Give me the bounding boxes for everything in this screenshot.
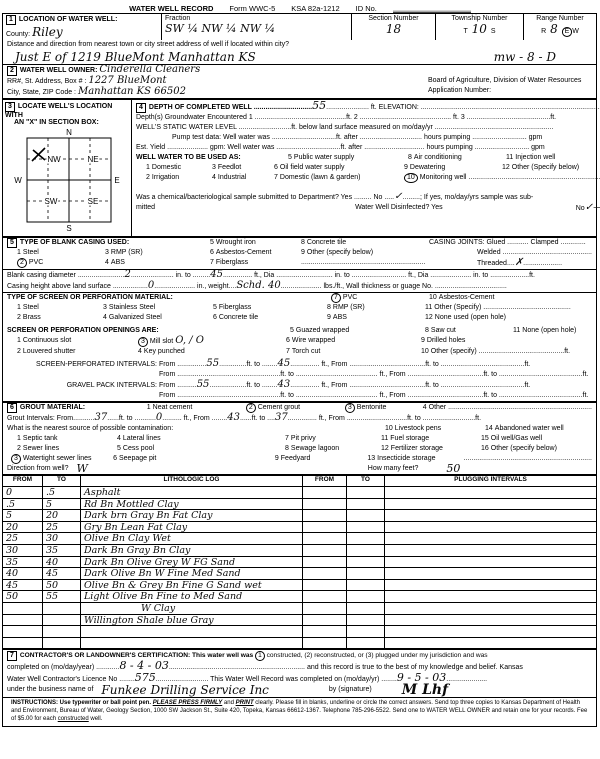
section-box-diagram: N S W E NW NE SW SE <box>5 126 129 232</box>
plug-from <box>303 615 347 626</box>
option-number: 3 <box>103 304 107 311</box>
option-label: Torch cut <box>292 348 320 355</box>
option-label: Drilled holes <box>427 337 466 344</box>
owner-label: WATER WELL OWNER: <box>20 67 98 74</box>
table-row: 4045Dark Olive Bn W Fine Med Sand <box>3 568 596 580</box>
option-number: 7 <box>274 174 278 181</box>
log-to: 20 <box>43 510 81 521</box>
range-label: Range Number <box>527 15 593 22</box>
option-label: Asbestos-Cement <box>216 249 272 256</box>
section-5-number: 5 <box>7 238 17 248</box>
option-number: 14 <box>485 425 493 432</box>
option-label: Pit privy <box>291 435 316 442</box>
log-header-row: FROM TO LITHOLOGIC LOG FROM TO PLUGGING … <box>3 476 596 487</box>
section-5-casing: 5TYPE OF BLANK CASING USED: 1Steel 3RMP … <box>3 236 596 269</box>
plug-interval <box>385 545 596 556</box>
field-label: ............... ft., From ..............… <box>290 382 530 389</box>
section-3-title-1: LOCATE WELL'S LOCATION WITH <box>5 103 112 119</box>
lithologic-log-table: FROM TO LITHOLOGIC LOG FROM TO PLUGGING … <box>3 474 596 649</box>
section-number-cell: Section Number 18 <box>351 14 435 40</box>
static-level-line: WELL'S STATIC WATER LEVEL ..............… <box>132 123 600 133</box>
option-label: Industrial <box>218 174 246 181</box>
groundwater-line: Depth(s) Groundwater Encountered 1 .....… <box>132 113 600 123</box>
log-from <box>3 615 43 626</box>
option: 4ABS <box>105 258 125 268</box>
option-number: 5 <box>117 445 121 452</box>
option-label: Irrigation <box>152 174 179 181</box>
plug-from <box>303 580 347 591</box>
plug-interval <box>385 487 596 498</box>
option: 1Steel <box>17 303 103 313</box>
water-well-record-page: WATER WELL RECORD Form WWC-5 KSA 82a-121… <box>0 0 600 759</box>
option-number: 4 <box>103 314 107 321</box>
range-value: 8 <box>550 22 558 36</box>
option-number: 6 <box>210 249 214 256</box>
option-number: 11 <box>513 327 520 334</box>
option-label: RMP (SR) <box>333 304 365 311</box>
casing-weight-value: Schd. 40 <box>236 280 280 291</box>
option-number: 9 <box>327 314 331 321</box>
option-number: 1 <box>146 164 150 171</box>
range-cell: Range Number R 8 EW <box>523 14 596 40</box>
threaded-label: Threaded.... <box>477 260 515 267</box>
plug-to <box>347 545 385 556</box>
log-to: .5 <box>43 487 81 498</box>
grout-material-row: 6GROUT MATERIAL: 1Neat cement 2Cement gr… <box>3 403 596 413</box>
field-label: ..................... in., weight.... <box>154 283 236 290</box>
option-label: Livestock pens <box>395 425 441 432</box>
log-to: 45 <box>43 568 81 579</box>
option: 11Other (Specify) ......................… <box>425 303 571 313</box>
option-number: 9 <box>275 455 279 462</box>
sample-line-2: mitted Water Well Disinfected? Yes No✓— <box>132 203 600 214</box>
disinfected-no-label: No <box>576 205 585 212</box>
certification-line-4: under the business name of Funkee Drilli… <box>3 685 596 697</box>
option-label: Abandoned water well <box>495 425 564 432</box>
instructions-text: INSTRUCTIONS: Use typewriter or ball poi… <box>11 700 153 706</box>
field-label: ............... ft., Dia ...............… <box>223 272 535 279</box>
screen-material-row-3: 2Brass 4Galvanized Steel 6Concrete tile … <box>3 313 596 323</box>
certification-text-b: constructed, (2) reconstructed, or (3) p… <box>265 652 488 659</box>
form-frame: 1LOCATION OF WATER WELL: County: Riley F… <box>2 13 597 727</box>
option-label: Domestic <box>152 164 181 171</box>
option: 10Asbestos-Cement <box>429 293 494 303</box>
option: 6Concrete tile <box>213 313 327 323</box>
log-to: 50 <box>43 580 81 591</box>
log-description: Dark Bn Gray Bn Clay <box>81 545 303 556</box>
log-description: Olive Bn Clay Wet <box>81 533 303 544</box>
range-line: R 8 EW <box>527 22 593 37</box>
section-5-title: TYPE OF BLANK CASING USED: <box>20 239 129 246</box>
option: 9Other (specify below) <box>297 248 425 258</box>
option-cement-grout-selected: 2Cement grout <box>246 403 345 413</box>
grout-intervals-line: Grout Intervals: From...........37......… <box>3 413 596 424</box>
instructions-press-firmly: PLEASE PRESS FIRMLY <box>153 700 223 706</box>
option-label: PVC <box>29 259 43 266</box>
disinfected-question: Water Well Disinfected? Yes <box>355 203 443 214</box>
option-label: Watertight sewer lines <box>23 455 92 462</box>
table-row: 3540Dark Bn Olive Grey W FG Sand <box>3 557 596 569</box>
option-number: 7 <box>286 348 290 355</box>
signature-scribble: M Lhf <box>402 685 448 695</box>
gravel-interval-line-2: From ...................................… <box>3 391 596 401</box>
plug-to <box>347 603 385 614</box>
option-number: 5 <box>290 327 294 334</box>
log-to: 35 <box>43 545 81 556</box>
plug-from <box>303 626 347 637</box>
dotted-blank: ........................................… <box>468 174 600 181</box>
plug-interval <box>385 615 596 626</box>
section-1-title: LOCATION OF WATER WELL: <box>19 16 118 23</box>
option-label: Fiberglass <box>216 259 248 266</box>
quadrant-ne-label: NE <box>87 155 98 164</box>
contamination-row-4: 3Watertight sewer lines 6Seepage pit 9Fe… <box>3 454 596 464</box>
township-value: 10 <box>472 22 487 36</box>
gravel-intervals-label: GRAVEL PACK INTERVALS: <box>7 381 157 391</box>
table-row: 2025Gry Bn Lean Fat Clay <box>3 522 596 534</box>
field-label: ..................... <box>446 676 487 683</box>
owner-left: 2WATER WELL OWNER: Cinderella Cleaners R… <box>3 65 424 98</box>
log-to: 30 <box>43 533 81 544</box>
certification-line-3: Water Well Contractor's Licence No .....… <box>3 673 596 685</box>
option-label: Concrete tile <box>219 314 258 321</box>
plug-from <box>303 533 347 544</box>
option-number: 12 <box>381 445 389 452</box>
city-label: City, State, ZIP Code : <box>7 89 76 96</box>
option-label: Fertilizer storage <box>391 445 443 452</box>
log-header-from-2: FROM <box>303 476 347 486</box>
field-label: From ...................................… <box>159 392 588 399</box>
plug-from <box>303 568 347 579</box>
field-label: Blank casing diameter ..................… <box>7 272 125 279</box>
owner-line: 2WATER WELL OWNER: Cinderella Cleaners <box>3 65 424 76</box>
option: 4Key punched <box>138 347 286 357</box>
compass-s-label: S <box>66 224 71 232</box>
option-label: Galvanized Steel <box>109 314 162 321</box>
option: 9Dewatering <box>404 163 502 173</box>
certification-text-a: CONTRACTOR'S OR LANDOWNER'S CERTIFICATIO… <box>20 652 255 659</box>
instructions-constructed: constructed <box>58 716 89 722</box>
casing-col-2: 5Wrought iron 6Asbestos-Cement 7Fibergla… <box>206 238 297 269</box>
option: 2Louvered shutter <box>17 347 138 357</box>
option: 4Lateral lines <box>117 434 285 444</box>
option-number: 9 <box>404 164 408 171</box>
plug-to <box>347 591 385 602</box>
section-1-number: 1 <box>6 15 16 25</box>
option: 6Oil field water supply <box>274 163 404 173</box>
option-number: 8 <box>301 239 305 246</box>
quadrant-sw-label: SW <box>45 197 58 206</box>
plug-to <box>347 626 385 637</box>
section-number-value: 18 <box>355 22 432 36</box>
option: 5Fiberglass <box>213 303 327 313</box>
option-label: Sewer lines <box>23 445 59 452</box>
log-description: W Clay <box>81 603 303 614</box>
option-label: Mill slot <box>150 338 173 345</box>
option: 2Sewer lines <box>17 444 117 454</box>
option-number: 16 <box>481 445 489 452</box>
address-label: RR#, St. Address, Box # : <box>7 78 86 85</box>
option: 15Oil well/Gas well <box>481 434 542 444</box>
log-description: Dark Olive Bn W Fine Med Sand <box>81 568 303 579</box>
option-number: 9 <box>301 249 305 256</box>
log-from: 5 <box>3 510 43 521</box>
option-label: Other (Specify) ........................… <box>434 304 571 311</box>
option: 6Seepage pit <box>113 454 275 464</box>
screen-intervals-label: SCREEN-PERFORATED INTERVALS: <box>7 360 157 370</box>
plug-from <box>303 557 347 568</box>
log-from: 45 <box>3 580 43 591</box>
option: 6Asbestos-Cement <box>206 248 297 258</box>
log-from: .5 <box>3 499 43 510</box>
option-number: 4 <box>105 259 109 266</box>
option-number: 2 <box>146 174 150 181</box>
log-header-from: FROM <box>3 476 43 486</box>
instructions-text: and <box>222 700 235 706</box>
option-label: Insecticide storage <box>377 455 435 462</box>
gravel-interval-line-1: GRAVEL PACK INTERVALS: From ..........55… <box>3 380 596 391</box>
option-label: Seepage pit <box>119 455 156 462</box>
county-value: Riley <box>32 25 63 39</box>
option-number-circled: 3 <box>345 403 355 413</box>
option-number: 10 <box>421 348 429 355</box>
option-number: 2 <box>17 445 21 452</box>
option: 10Other (specify) ......................… <box>421 347 570 357</box>
table-row <box>3 638 596 650</box>
option-label: Guazed wrapped <box>296 327 349 334</box>
plug-interval <box>385 591 596 602</box>
option-number: 10 <box>385 425 393 432</box>
log-description: Dark brn Gray Bn Fat Clay <box>81 510 303 521</box>
option-number: 4 <box>117 435 121 442</box>
casing-height-line: Casing height above land surface .......… <box>3 281 596 292</box>
option: 3RMP (SR) <box>105 248 143 258</box>
openings-row-1: SCREEN OR PERFORATION OPENINGS ARE: 5Gua… <box>3 326 596 336</box>
yield-line: Est. Yield ..................... gpm: We… <box>132 143 600 153</box>
section-3-4-row: 3LOCATE WELL'S LOCATION WITH AN "X" IN S… <box>3 98 596 236</box>
option: 9Drilled holes <box>421 336 465 347</box>
screen-material-title: TYPE OF SCREEN OR PERFORATION MATERIAL: <box>7 293 331 303</box>
option-label: Air conditioning <box>414 154 462 161</box>
use-row-3: 2Irrigation 4Industrial 7Domestic (lawn … <box>132 173 600 183</box>
plug-interval <box>385 580 596 591</box>
plug-to <box>347 580 385 591</box>
field-label: Casing height above land surface .......… <box>7 283 148 290</box>
form-title: WATER WELL RECORD <box>129 4 213 13</box>
township-s: S <box>491 28 496 35</box>
section-5-title-line: 5TYPE OF BLANK CASING USED: <box>3 238 206 248</box>
option-number: 10 <box>429 294 437 301</box>
certification-line-1: 7CONTRACTOR'S OR LANDOWNER'S CERTIFICATI… <box>3 651 596 661</box>
table-row: Willington Shale blue Gray <box>3 615 596 627</box>
address-value: 1227 BlueMont <box>88 75 166 86</box>
screen-interval-from: 55 <box>206 358 219 369</box>
contamination-row-3: 2Sewer lines 5Cess pool 8Sewage lagoon 1… <box>3 444 596 454</box>
section-2-owner: 2WATER WELL OWNER: Cinderella Cleaners R… <box>3 64 596 98</box>
option-number: 6 <box>274 164 278 171</box>
log-from <box>3 603 43 614</box>
option-monitoring-well-selected: 10Monitoring well ......................… <box>404 173 600 183</box>
log-header-plugging: PLUGGING INTERVALS <box>385 476 596 486</box>
option-number: 9 <box>421 337 425 344</box>
openings-row-3: 2Louvered shutter 4Key punched 7Torch cu… <box>3 347 596 357</box>
option-number: 15 <box>481 435 489 442</box>
section-6-title-line: 6GROUT MATERIAL: <box>7 403 147 413</box>
range-east-circled: E <box>562 27 573 37</box>
option-number: 1 <box>17 249 21 256</box>
quadrant-nw-label: NW <box>47 155 61 164</box>
option-bentonite-selected: 3Bentonite <box>345 403 423 413</box>
option: 9ABS <box>327 313 425 323</box>
compass-e-label: E <box>114 176 119 185</box>
depth-value: 55 <box>312 99 326 112</box>
id-blank-line <box>393 8 471 13</box>
id-label: ID No. <box>356 4 377 13</box>
location-cell: 1LOCATION OF WATER WELL: County: Riley <box>3 14 161 40</box>
option-number: 8 <box>285 445 289 452</box>
option-label: Injection well <box>515 154 555 161</box>
log-to: 5 <box>43 499 81 510</box>
section-6-title: GROUT MATERIAL: <box>20 404 85 411</box>
option-number-circled: 2 <box>17 258 27 268</box>
distance-value: Just E of 1219 BlueMont Manhattan KS <box>15 50 256 64</box>
option-label: Sewage lagoon <box>291 445 339 452</box>
township-line: T 10 S <box>439 22 520 36</box>
option: 1Septic tank <box>17 434 117 444</box>
openings-title: SCREEN OR PERFORATION OPENINGS ARE: <box>7 326 290 336</box>
plug-from <box>303 510 347 521</box>
openings-row-2: 1Continuous slot 3Mill slot O, / O 6Wire… <box>3 336 596 347</box>
grout-from-1: 37 <box>95 412 108 423</box>
casing-depth-value: 45 <box>210 269 223 280</box>
log-from: 50 <box>3 591 43 602</box>
log-to: 25 <box>43 522 81 533</box>
table-row: 520Dark brn Gray Bn Fat Clay <box>3 510 596 522</box>
dotted-blank: .................... <box>523 260 562 267</box>
option-label: Wire wrapped <box>292 337 335 344</box>
log-header-to: TO <box>43 476 81 486</box>
section-6-number: 6 <box>7 403 17 413</box>
table-row: W Clay <box>3 603 596 615</box>
option-label: Key punched <box>144 348 185 355</box>
plug-to <box>347 522 385 533</box>
feet-label: How many feet? <box>368 464 419 474</box>
intervals-block: SCREEN-PERFORATED INTERVALS: From ......… <box>3 359 596 401</box>
plug-interval <box>385 568 596 579</box>
field-label: ...................... in. to ......... <box>131 272 210 279</box>
plug-interval <box>385 522 596 533</box>
log-to: 40 <box>43 557 81 568</box>
dotted-blank: ........................................… <box>464 454 592 464</box>
option: 5Public water supply <box>288 153 408 163</box>
option: 7Pit privy <box>285 434 381 444</box>
option-label: Oil field water supply <box>280 164 345 171</box>
pump-test-line: Pump test data: Well water was .........… <box>132 133 600 143</box>
constructed-circled: 1 <box>255 651 265 661</box>
section-3-title-2: AN "X" IN SECTION BOX: <box>5 119 129 126</box>
table-row: 3035Dark Bn Gray Bn Clay <box>3 545 596 557</box>
compass-w-label: W <box>14 176 22 185</box>
field-label: .......... ft., From ........ <box>162 415 227 422</box>
option-label: Other (specify below) <box>307 249 373 256</box>
table-row: 5055Light Olive Bn Fine to Med Sand <box>3 591 596 603</box>
section-6-grout: 6GROUT MATERIAL: 1Neat cement 2Cement gr… <box>3 401 596 474</box>
option-label: Louvered shutter <box>23 348 76 355</box>
gravel-interval-to: 43 <box>278 379 291 390</box>
section-1-location-row: 1LOCATION OF WATER WELL: County: Riley F… <box>3 14 596 40</box>
option: 8Saw cut <box>425 326 513 336</box>
depth-label-2: ...................... ft. ELEVATION: ..… <box>326 104 600 111</box>
option-number-circled: 2 <box>246 403 256 413</box>
distance-question: Distance and direction from nearest town… <box>3 40 596 50</box>
depth-label: DEPTH OF COMPLETED WELL ................… <box>149 104 312 111</box>
use-row-2: 1Domestic 3Feedlot 6Oil field water supp… <box>132 163 600 173</box>
log-description <box>81 638 303 649</box>
screen-material-row-2: 1Steel 3Stainless Steel 5Fiberglass 8RMP… <box>3 303 596 313</box>
section-7-number: 7 <box>7 651 17 661</box>
statute-number: KSA 82a-1212 <box>291 4 339 13</box>
option-label: ABS <box>111 259 125 266</box>
plug-to <box>347 557 385 568</box>
option-number: 12 <box>502 164 510 171</box>
application-number-label: Application Number: <box>424 86 596 96</box>
board-text: Board of Agriculture, Division of Water … <box>424 76 596 86</box>
plug-from <box>303 603 347 614</box>
option-label: Other (specify below) <box>491 445 557 452</box>
option: 5Wrought iron <box>206 238 297 248</box>
option-number: 6 <box>213 314 217 321</box>
field-label: ............... ft., From ..............… <box>290 361 530 368</box>
option-label: RMP (SR) <box>111 249 143 256</box>
log-to <box>43 603 81 614</box>
option-number: 4 <box>212 174 216 181</box>
option-label: Fuel storage <box>390 435 429 442</box>
casing-joints-col: CASING JOINTS: Glued ........... Clamped… <box>425 238 596 269</box>
township-cell: Township Number T 10 S <box>435 14 523 40</box>
option-number-circled: 7 <box>331 293 341 303</box>
option: 11Fuel storage <box>381 434 481 444</box>
instructions-text: well. <box>89 716 103 722</box>
option: 3Stainless Steel <box>103 303 213 313</box>
range-r: R <box>541 28 546 35</box>
option: 7Torch cut <box>286 347 421 357</box>
plug-to <box>347 499 385 510</box>
plug-interval <box>385 626 596 637</box>
plug-from <box>303 522 347 533</box>
plug-from <box>303 591 347 602</box>
option-label: Wrought iron <box>216 239 256 246</box>
threaded-line: Threaded....✗.................... <box>425 258 596 269</box>
log-description: Dark Bn Olive Grey W FG Sand <box>81 557 303 568</box>
plug-to <box>347 638 385 649</box>
log-from <box>3 626 43 637</box>
log-header-to-2: TO <box>347 476 385 486</box>
option-number: 13 <box>367 455 375 462</box>
compass-n-label: N <box>66 128 72 137</box>
section-3-number: 3 <box>5 102 15 112</box>
option-label: None used (open hole) <box>435 314 506 321</box>
option-pvc-selected: 2PVC <box>17 258 105 268</box>
option: 1Domestic <box>146 163 212 173</box>
option-label: ABS <box>333 314 347 321</box>
option: 7Domestic (lawn & garden) <box>274 173 404 183</box>
log-description: Olive Bn & Grey Bn Fine G Sand wet <box>81 580 303 591</box>
business-name-label: under the business name of <box>7 685 93 695</box>
fraction-value: SW ¼ NW ¼ NW ¼ <box>165 22 348 35</box>
contamination-question: What is the nearest source of possible c… <box>7 424 385 434</box>
screen-material-row-1: TYPE OF SCREEN OR PERFORATION MATERIAL: … <box>3 293 596 303</box>
feet-value: 50 <box>446 464 460 474</box>
